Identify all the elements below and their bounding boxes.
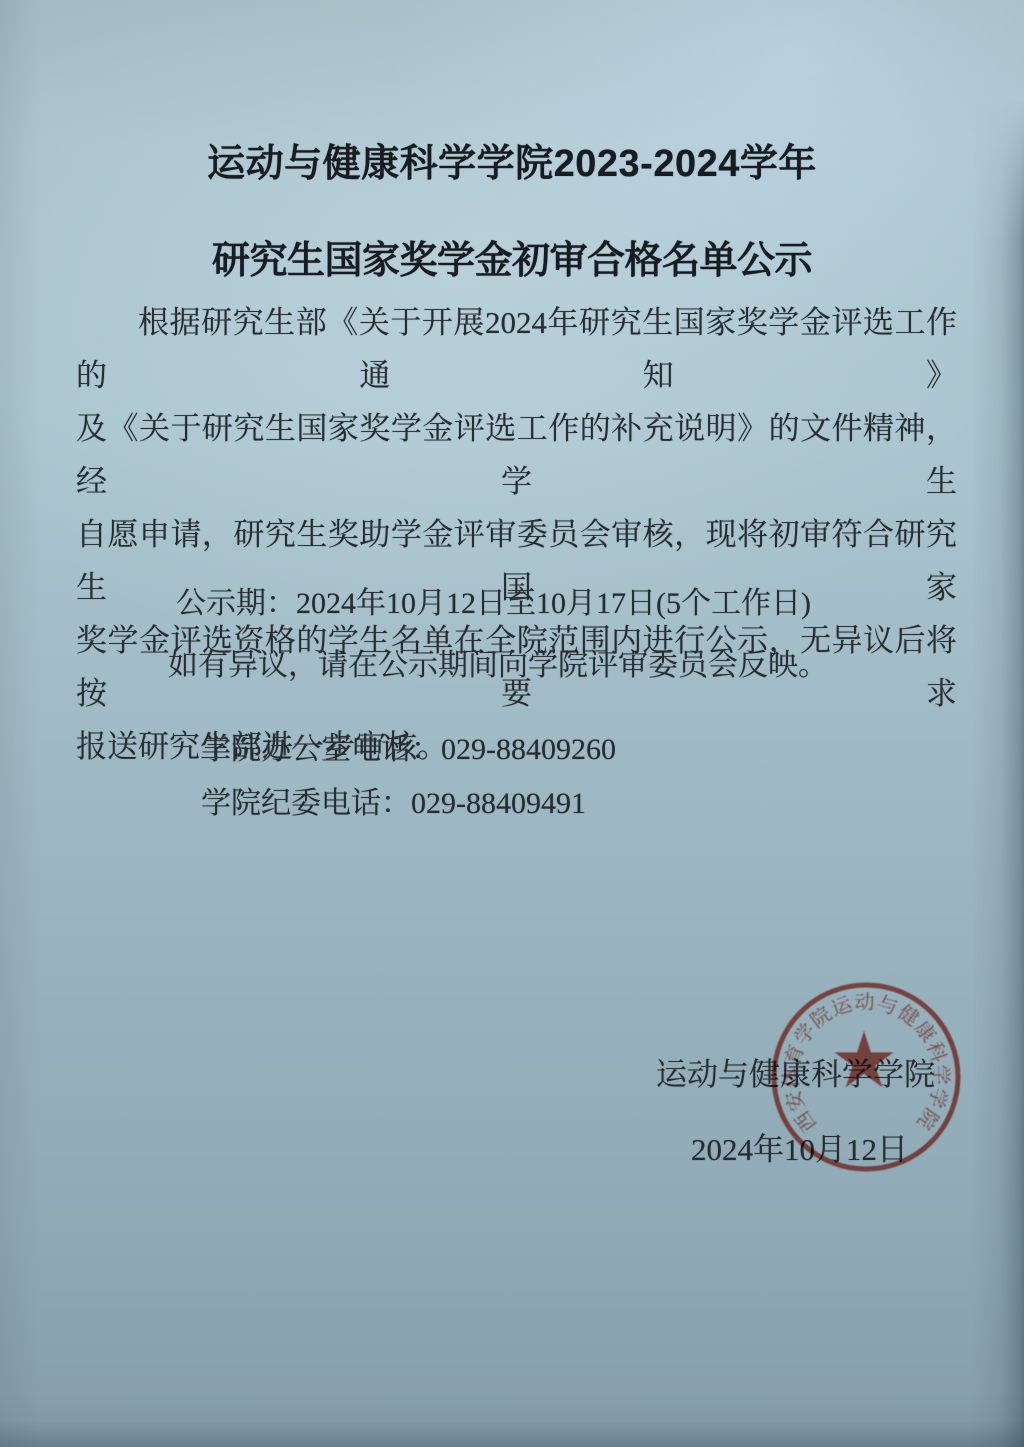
body-paragraph: 根据研究生部《关于开展2024年研究生国家奖学金评选工作的通知》 及《关于研究生…: [76, 296, 957, 773]
office-phone: 学院办公室电话：029-88409260: [201, 724, 616, 768]
photo-bottom-shadow: [0, 1421, 1024, 1447]
objection-note: 如有异议，请在公示期间向学院评审委员会反映。: [168, 640, 828, 684]
discipline-phone: 学院纪委电话：029-88409491: [201, 778, 586, 822]
publicity-period: 公示期：2024年10月12日至10月17日(5个工作日): [176, 578, 811, 622]
document-title-line2: 研究生国家奖学金初审合格名单公示: [0, 229, 1024, 284]
body-line-1: 根据研究生部《关于开展2024年研究生国家奖学金评选工作的通知》: [76, 296, 957, 402]
body-line-2: 及《关于研究生国家奖学金评选工作的补充说明》的文件精神，经学生: [76, 402, 957, 508]
seal-star-icon: [835, 1031, 894, 1087]
document-photo: 运动与健康科学学院2023-2024学年 研究生国家奖学金初审合格名单公示 根据…: [0, 0, 1024, 1447]
official-seal-stamp: 西安体育学院运动与健康科学学院: [763, 973, 968, 1178]
document-title-line1: 运动与健康科学学院2023-2024学年: [0, 132, 1024, 187]
photo-right-edge-shadow: [972, 100, 1024, 1447]
